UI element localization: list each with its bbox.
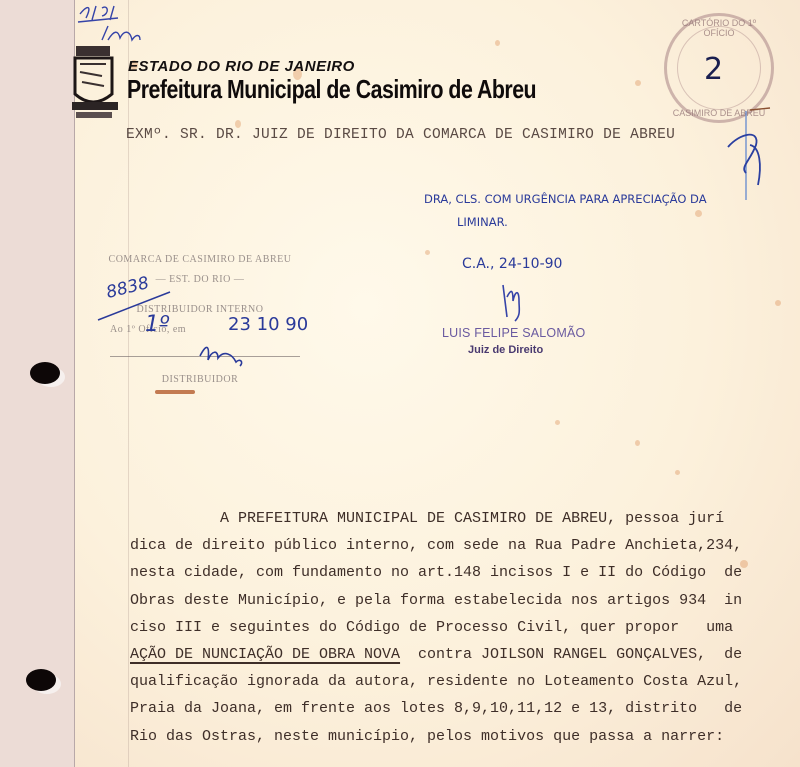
distribution-office: 1º — [145, 312, 169, 337]
seal-top-text: CARTÓRIO DO 1º OFÍCIO — [667, 18, 771, 38]
judge-dispatch-date: C.A., 24-10-90 — [462, 256, 562, 272]
body-line: Praia da Joana, em frente aos lotes 8,9,… — [130, 695, 792, 722]
judge-signature-icon — [495, 275, 535, 325]
action-line: AÇÃO DE NUNCIAÇÃO DE OBRA NOVA contra JO… — [130, 641, 792, 668]
handwritten-annotation-icon — [74, 0, 154, 60]
body-line: dica de direito público interno, com sed… — [130, 532, 792, 559]
action-defendant: contra JOILSON RANGEL GONÇALVES, de — [400, 646, 742, 663]
body-line: nesta cidade, com fundamento no art.148 … — [130, 559, 792, 586]
state-name: ESTADO DO RIO DE JANEIRO — [128, 58, 355, 75]
stamp-line-1: COMARCA DE CASIMIRO DE ABREU — [100, 254, 300, 274]
addressee-line: EXMº. SR. DR. JUIZ DE DIREITO DA COMARCA… — [126, 127, 675, 143]
underlying-sheet — [0, 0, 75, 767]
municipality-name: Prefeitura Municipal de Casimiro de Abre… — [127, 74, 536, 105]
judge-dispatch-line1: DRA, CLS. COM URGÊNCIA PARA APRECIAÇÃO D… — [424, 192, 707, 206]
petition-body: A PREFEITURA MUNICIPAL DE CASIMIRO DE AB… — [130, 505, 792, 750]
stamp-bottom-label: DISTRIBUIDOR — [100, 374, 300, 394]
action-title: AÇÃO DE NUNCIAÇÃO DE OBRA NOVA — [130, 646, 400, 663]
signature-mark-icon — [720, 105, 780, 205]
body-line: A PREFEITURA MUNICIPAL DE CASIMIRO DE AB… — [130, 505, 792, 532]
body-line: qualificação ignorada da autora, residen… — [130, 668, 792, 695]
judge-name-stamp: LUIS FELIPE SALOMÃO — [442, 326, 585, 340]
punch-hole-top — [30, 362, 60, 384]
judge-title-stamp: Juiz de Direito — [468, 344, 543, 356]
distribution-date: 23 10 90 — [228, 314, 308, 335]
body-line: Rio das Ostras, neste município, pelos m… — [130, 723, 792, 750]
body-line: Obras deste Município, e pela forma esta… — [130, 587, 792, 614]
body-line: ciso III e seguintes do Código de Proces… — [130, 614, 792, 641]
punch-hole-bottom — [26, 669, 56, 691]
distributor-signature-icon — [196, 340, 256, 368]
page-number: 2 — [704, 52, 723, 87]
judge-dispatch-line2: LIMINAR. — [457, 215, 508, 229]
